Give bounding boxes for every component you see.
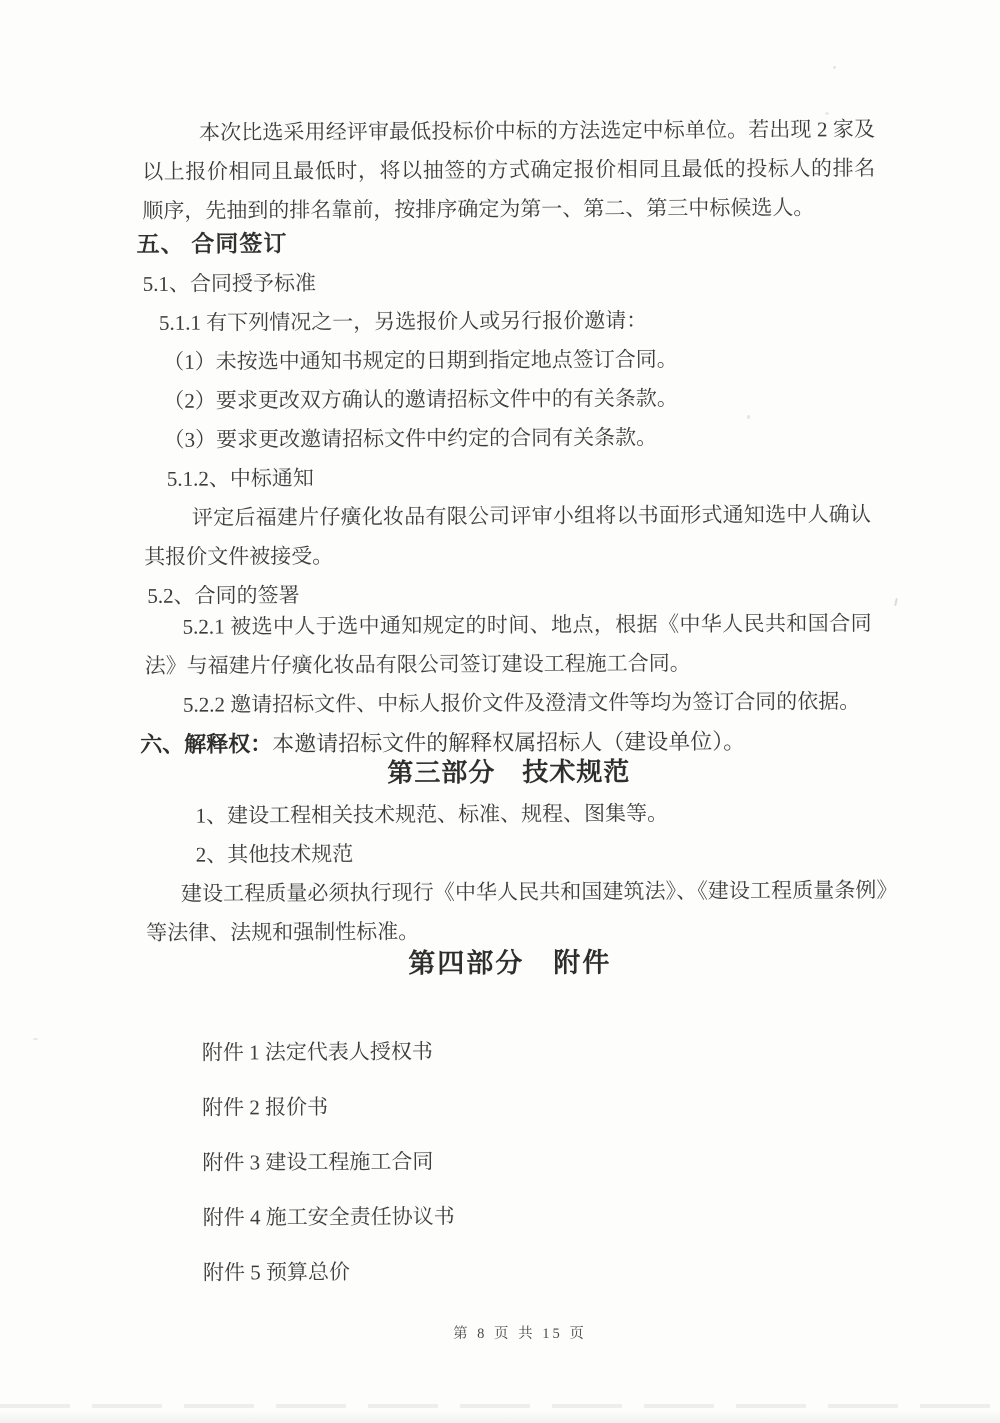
clause-5-2-2: 5.2.2 邀请招标文件、中标人报价文件及澄清文件等均为签订合同的依据。 <box>145 682 872 725</box>
attachment-list: 附件 1 法定代表人授权书 附件 2 报价书 附件 3 建设工程施工合同 附件 … <box>147 1030 875 1293</box>
clause-5-1-1: 5.1.1 有下列情况之一，另选报价人或另行报价邀请： <box>143 300 870 343</box>
clause-5-1: 5.1、合同授予标准 <box>143 261 870 304</box>
scan-artifact <box>33 1038 38 1040</box>
attachment-item-3: 附件 3 建设工程施工合同 <box>202 1140 874 1183</box>
clause-5-1-2: 5.1.2、中标通知 <box>144 456 871 499</box>
scan-artifact <box>833 66 836 69</box>
intro-paragraph: 本次比选采用经评审最低投标价中标的方法选定中标单位。若出现 2 家及以上报价相同… <box>142 110 876 231</box>
clause-5-1-1-item-3: （3）要求更改邀请招标文件中约定的合同有关条款。 <box>143 417 870 460</box>
page-number-footer: 第 8 页 共 15 页 <box>0 1322 1000 1343</box>
clause-5-1-2-body: 评定后福建片仔癀化妆品有限公司评审小组将以书面形式通知选中人确认其报价文件被接受… <box>144 495 871 577</box>
part3-item-2: 2、其他技术规范 <box>146 832 873 875</box>
attachment-item-4: 附件 4 施工安全责任协议书 <box>203 1195 875 1238</box>
attachment-item-2: 附件 2 报价书 <box>202 1085 874 1128</box>
scan-artifact <box>747 415 750 419</box>
document-page: 本次比选采用经评审最低投标价中标的方法选定中标单位。若出现 2 家及以上报价相同… <box>0 0 1000 1423</box>
attachment-item-5: 附件 5 预算总价 <box>203 1250 875 1293</box>
scan-edge-shadow <box>0 1411 1000 1423</box>
attachment-item-1: 附件 1 法定代表人授权书 <box>202 1030 874 1073</box>
section6-label: 六、解释权： <box>140 731 272 757</box>
scan-edge-line <box>0 1404 1000 1408</box>
scan-artifact <box>894 598 898 606</box>
scan-artifact <box>825 112 829 115</box>
clause-5-2-1: 5.2.1 被选中人于选中通知规定的时间、地点，根据《中华人民共和国合同法》与福… <box>144 604 871 686</box>
clause-5-1-1-item-1: （1）未按选中通知书规定的日期到指定地点签订合同。 <box>143 339 870 382</box>
part3-item-1: 1、建设工程相关技术规范、标准、规程、图集等。 <box>145 793 872 836</box>
clause-5-1-1-item-2: （2）要求更改双方确认的邀请招标文件中的有关条款。 <box>143 378 870 421</box>
page-content: 本次比选采用经评审最低投标价中标的方法选定中标单位。若出现 2 家及以上报价相同… <box>142 110 875 1309</box>
